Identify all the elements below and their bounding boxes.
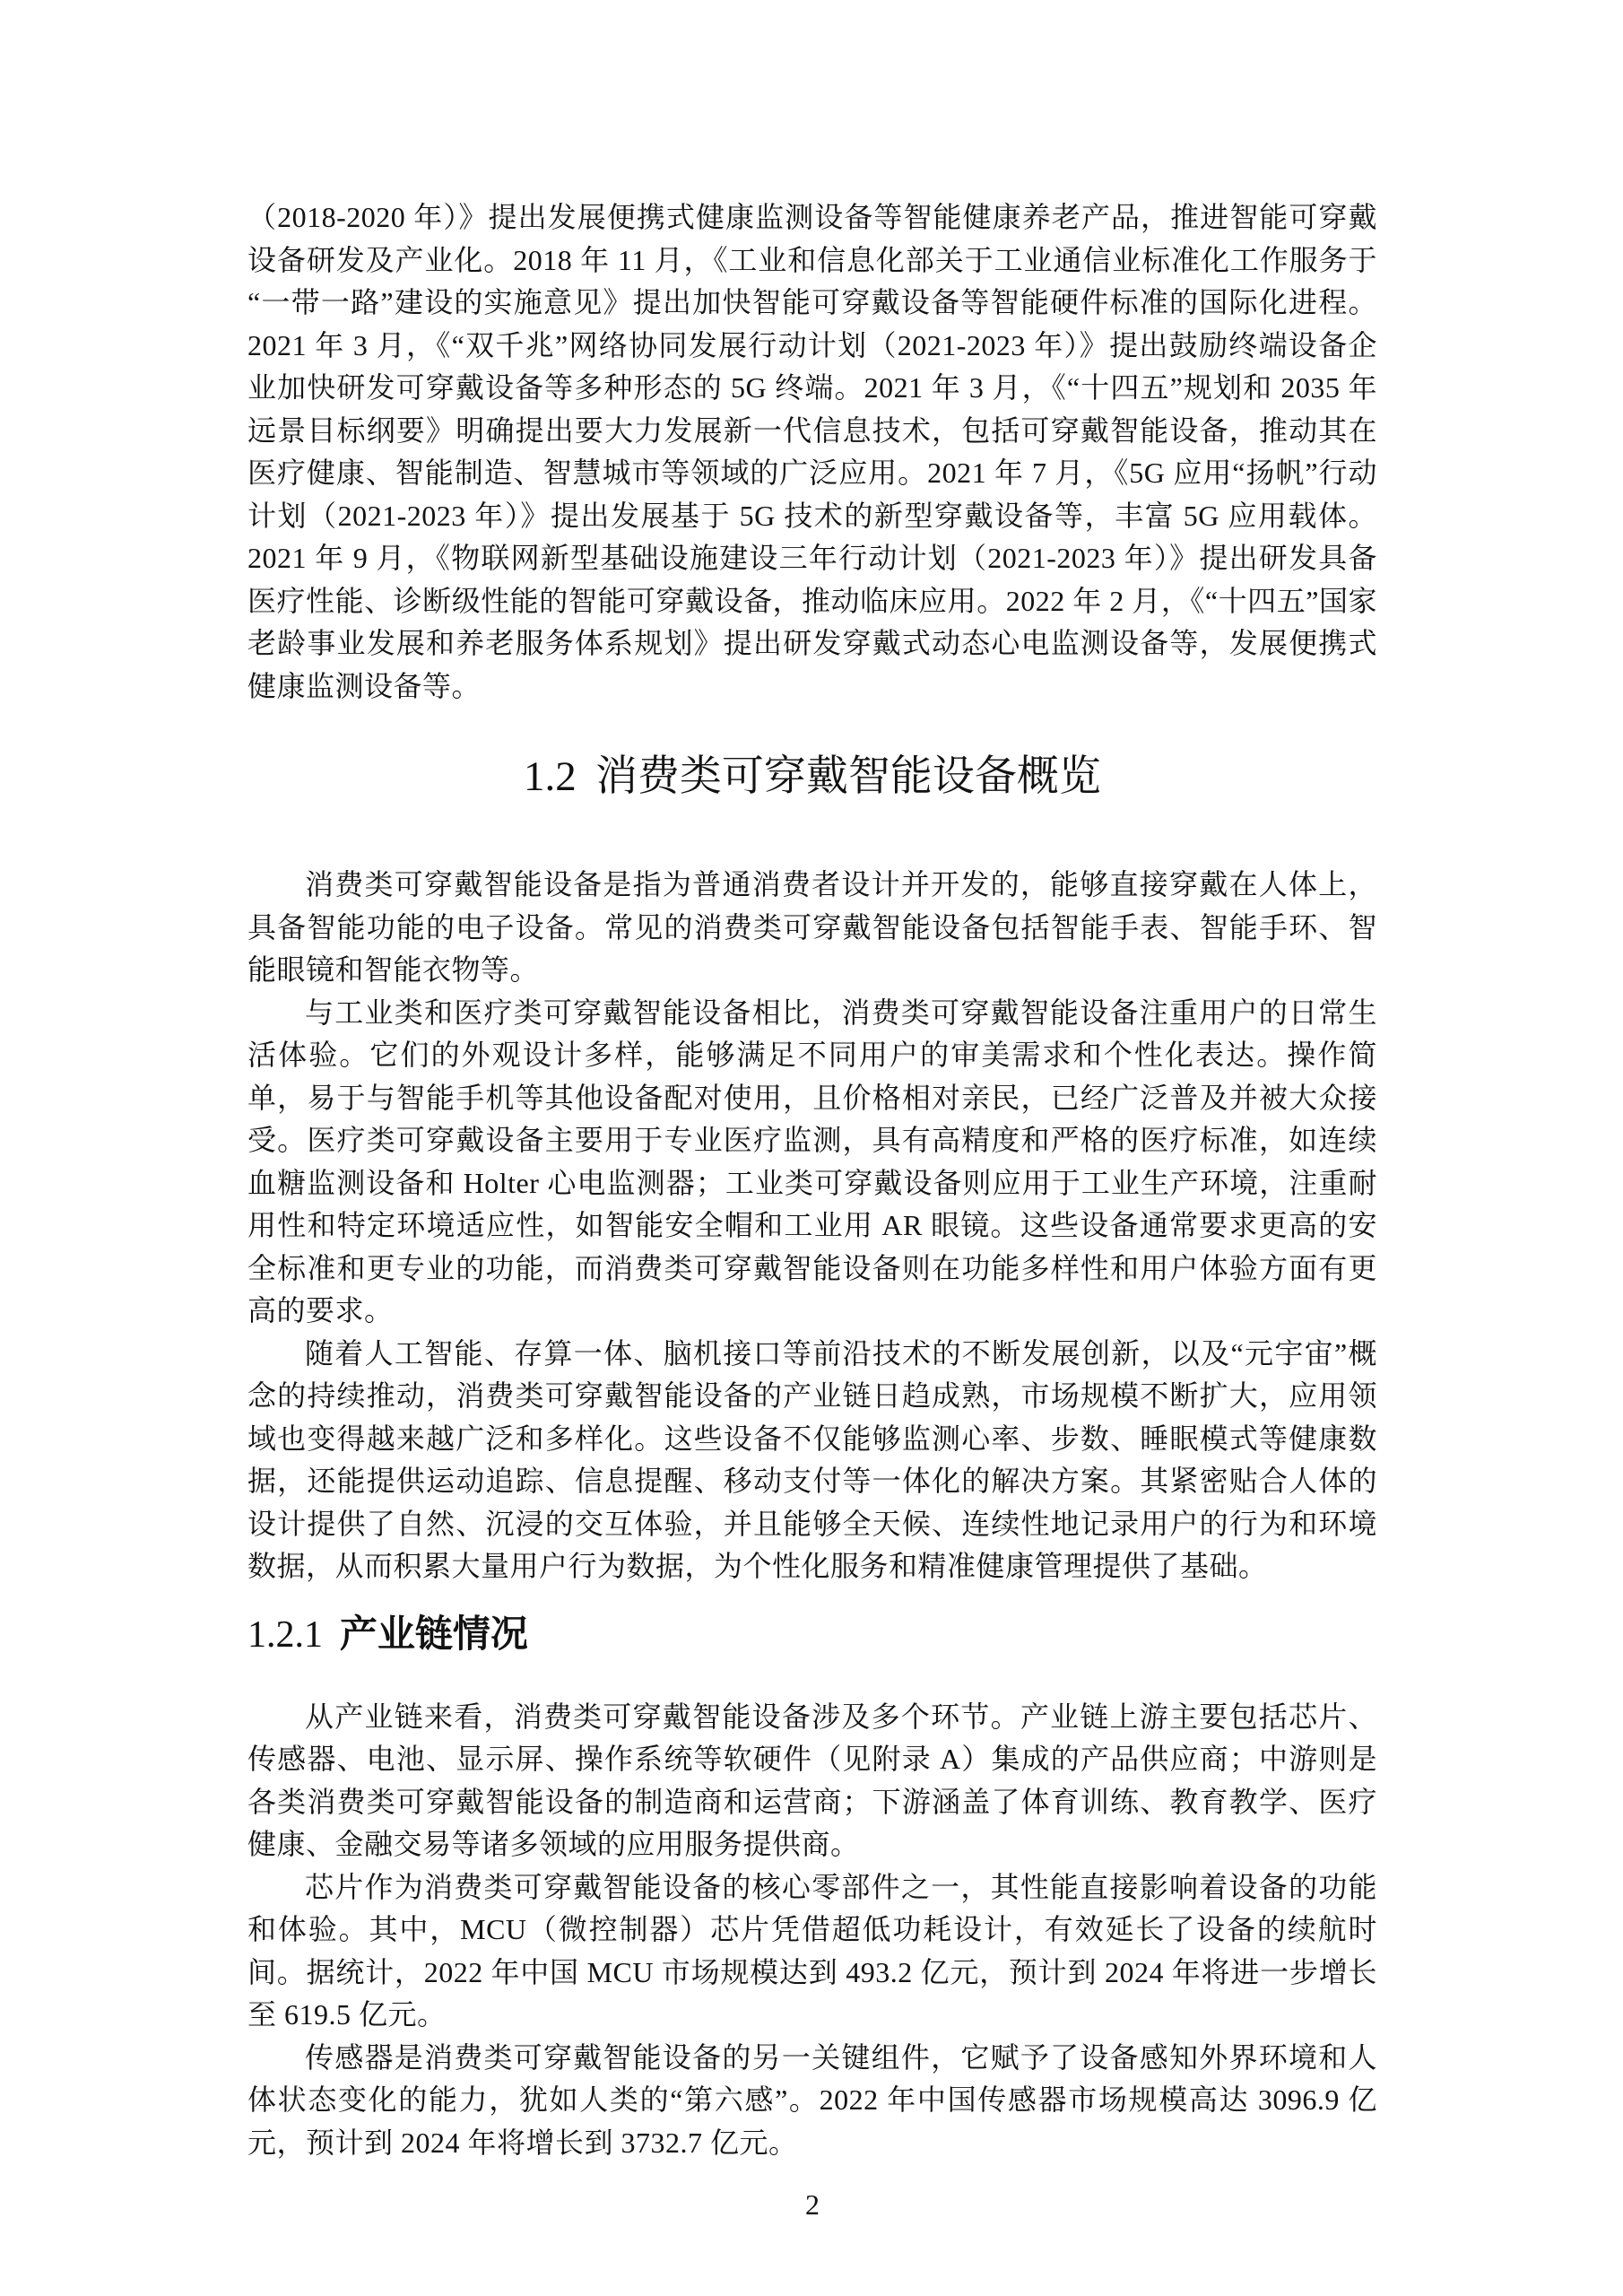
body-paragraph-overview-1: 消费类可穿戴智能设备是指为普通消费者设计并开发的，能够直接穿戴在人体上，具备智能… [247,864,1377,992]
section-heading: 1.2消费类可穿戴智能设备概览 [247,749,1377,804]
page-number: 2 [247,2184,1377,2227]
section-title: 消费类可穿戴智能设备概览 [595,753,1101,800]
subsection-number: 1.2.1 [247,1614,323,1656]
body-paragraph-overview-2: 与工业类和医疗类可穿戴智能设备相比，消费类可穿戴智能设备注重用户的日常生活体验。… [247,992,1377,1333]
section-number: 1.2 [524,753,577,800]
body-paragraph-overview-3: 随着人工智能、存算一体、脑机接口等前沿技术的不断发展创新，以及“元宇宙”概念的持… [247,1333,1377,1588]
body-paragraph-sensor: 传感器是消费类可穿戴智能设备的另一关键组件，它赋予了设备感知外界环境和人体状态变… [247,2037,1377,2165]
subsection-title: 产业链情况 [340,1613,528,1655]
page-content: （2018-2020 年）》提出发展便携式健康监测设备等智能健康养老产品，推进智… [0,0,1623,2227]
document-page: （2018-2020 年）》提出发展便携式健康监测设备等智能健康养老产品，推进智… [0,0,1623,2296]
body-paragraph-chip: 芯片作为消费类可穿戴智能设备的核心零部件之一，其性能直接影响着设备的功能和体验。… [247,1866,1377,2037]
intro-continuation-paragraph: （2018-2020 年）》提出发展便携式健康监测设备等智能健康养老产品，推进智… [247,196,1377,708]
subsection-heading: 1.2.1产业链情况 [247,1609,1377,1660]
body-paragraph-supply-chain: 从产业链来看，消费类可穿戴智能设备涉及多个环节。产业链上游主要包括芯片、传感器、… [247,1696,1377,1866]
